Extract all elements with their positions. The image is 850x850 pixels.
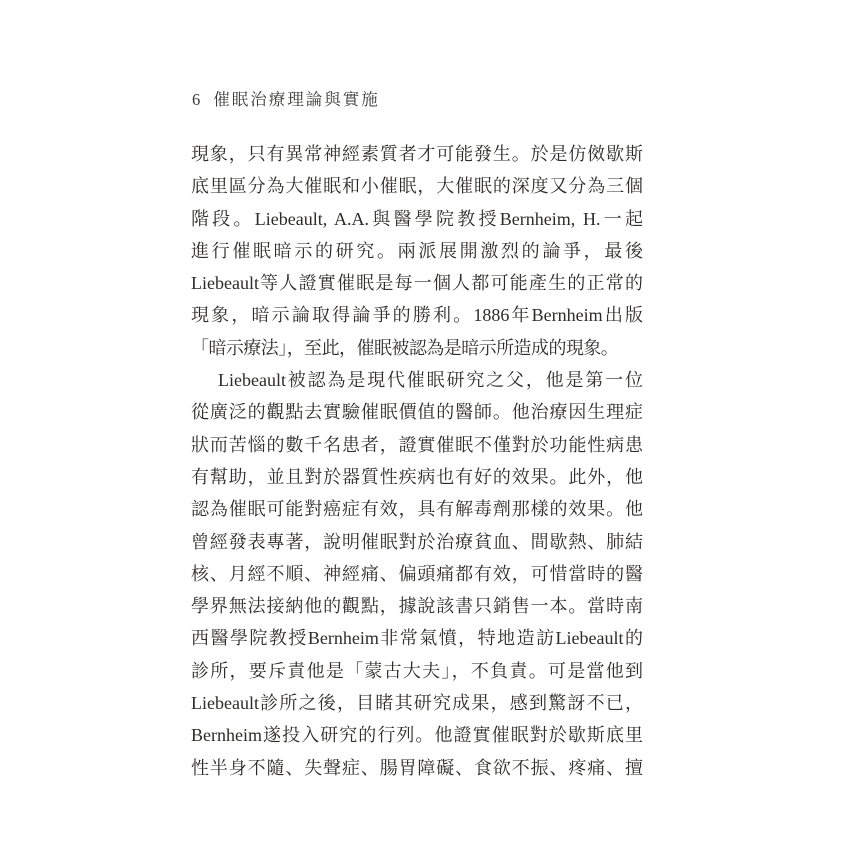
text-line: 學界無法接納他的觀點，據說該書只銷售一本。當時南 [191,590,643,622]
text-line: Liebeault等人證實催眠是每一個人都可能產生的正常的 [191,267,643,299]
page-number: 6 [192,90,200,110]
text-line: 底里區分為大催眠和小催眠，大催眠的深度又分為三個 [191,170,643,202]
book-page: 6 催眠治療理論與實施 現象，只有異常神經素質者才可能發生。於是仿傚歇斯底里區分… [0,0,850,850]
text-line: 西醫學院教授Bernheim非常氣憤，特地造訪Liebeault的 [191,622,643,654]
text-line: Liebeault診所之後，目睹其研究成果，感到驚訝不已， [191,687,643,719]
text-line: 診所，要斥責他是「蒙古大夫」，不負責。可是當他到 [191,655,643,687]
text-line: 狀而苦惱的數千名患者，證實催眠不僅對於功能性病患 [191,429,643,461]
text-line: 現象，只有異常神經素質者才可能發生。於是仿傚歇斯 [191,138,643,170]
text-line: 性半身不隨、失聲症、腸胃障礙、食欲不振、疼痛、擅 [191,752,643,784]
text-line: Liebeault被認為是現代催眠研究之父，他是第一位 [191,364,643,396]
running-header: 6 催眠治療理論與實施 [192,86,380,110]
text-line: 現象，暗示論取得論爭的勝利。1886年Bernheim出版 [191,299,643,331]
text-line: 核、月經不順、神經痛、偏頭痛都有效，可惜當時的醫 [191,558,643,590]
text-line: 從廣泛的觀點去實驗催眠價值的醫師。他治療因生理症 [191,396,643,428]
text-line: Bernheim遂投入研究的行列。他證實催眠對於歇斯底里 [191,719,643,751]
running-title: 催眠治療理論與實施 [213,86,380,110]
text-line: 曾經發表專著，說明催眠對於治療貧血、間歇熱、肺結 [191,526,643,558]
text-line: 階段。Liebeault, A.A.與醫學院教授Bernheim, H.一起 [191,203,643,235]
text-line: 進行催眠暗示的研究。兩派展開激烈的論爭，最後 [191,235,643,267]
text-line: 認為催眠可能對癌症有效，具有解毒劑那樣的效果。他 [191,493,643,525]
text-line: 「暗示療法」，至此，催眠被認為是暗示所造成的現象。 [191,332,643,364]
text-line: 有幫助，並且對於器質性疾病也有好的效果。此外，他 [191,461,643,493]
body-text: 現象，只有異常神經素質者才可能發生。於是仿傚歇斯底里區分為大催眠和小催眠，大催眠… [191,138,643,784]
